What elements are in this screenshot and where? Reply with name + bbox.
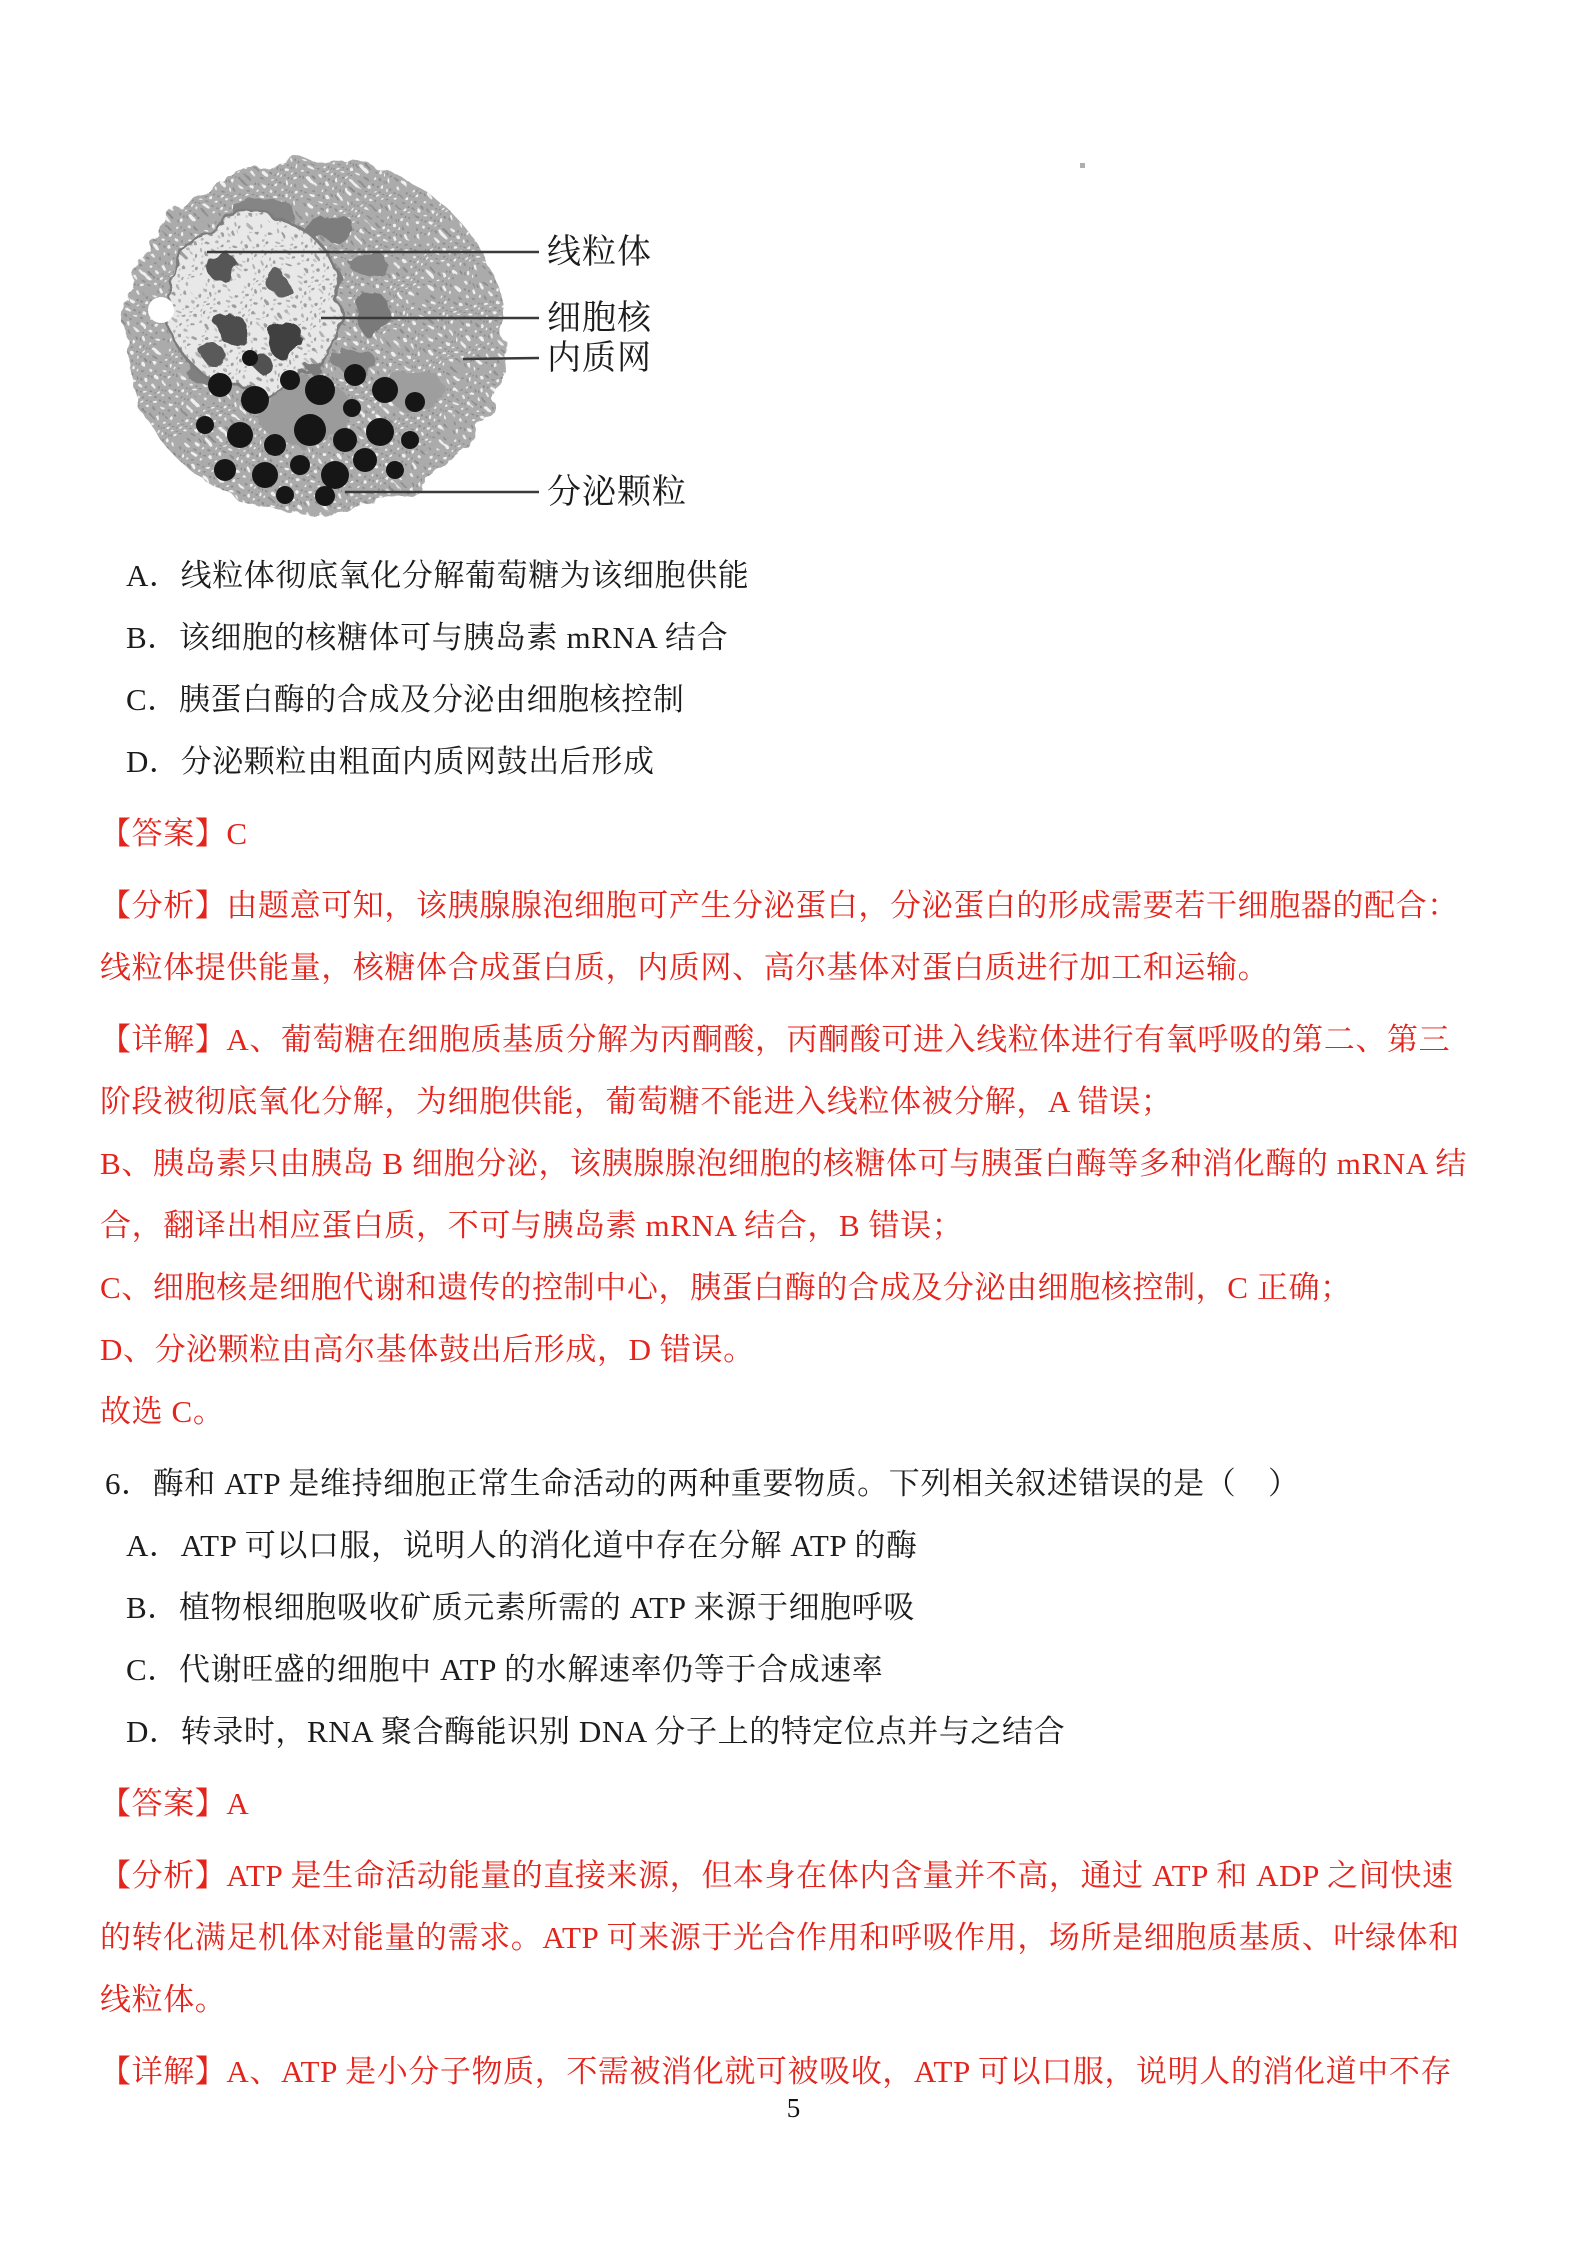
q6-option-a: A．ATP 可以口服，说明人的消化道中存在分解 ATP 的酶 — [100, 1515, 1492, 1577]
q5-option-b: B．该细胞的核糖体可与胰岛素 mRNA 结合 — [100, 607, 1492, 669]
q5-option-a-text: 线粒体彻底氧化分解葡萄糖为该细胞供能 — [181, 558, 750, 593]
q5-detail-line-1: 【详解】A、葡萄糖在细胞质基质分解为丙酮酸，丙酮酸可进入线粒体进行有氧呼吸的第二… — [100, 1009, 1492, 1071]
q5-option-d-label: D． — [126, 744, 181, 779]
q6-option-c-label: C． — [126, 1652, 179, 1687]
q5-detail-line-2: 阶段被彻底氧化分解，为细胞供能，葡萄糖不能进入线粒体被分解，A 错误； — [100, 1071, 1492, 1133]
label-nucleus: 细胞核 — [547, 298, 652, 340]
q6-number: 6． — [105, 1466, 153, 1501]
q5-detail-line-3: B、胰岛素只由胰岛 B 细胞分泌，该胰腺腺泡细胞的核糖体可与胰蛋白酶等多种消化酶… — [100, 1133, 1492, 1195]
q6-answer-tag: 【答案】 — [100, 1786, 226, 1821]
q6-answer-line: 【答案】A — [100, 1773, 1492, 1835]
q6-option-d-text: 转录时，RNA 聚合酶能识别 DNA 分子上的特定位点并与之结合 — [181, 1714, 1066, 1749]
label-mitochondria: 线粒体 — [547, 232, 652, 274]
q5-analysis-line-2: 线粒体提供能量，核糖体合成蛋白质，内质网、高尔基体对蛋白质进行加工和运输。 — [100, 937, 1492, 999]
label-secretory-granule: 分泌颗粒 — [547, 472, 687, 514]
q6-stem-text: 酶和 ATP 是维持细胞正常生命活动的两种重要物质。下列相关叙述错误的是（ ） — [153, 1466, 1300, 1501]
vacuole — [148, 297, 174, 323]
q6-option-b: B．植物根细胞吸收矿质元素所需的 ATP 来源于细胞呼吸 — [100, 1577, 1492, 1639]
q5-detail-line-5: C、细胞核是细胞代谢和遗传的控制中心，胰蛋白酶的合成及分泌由细胞核控制，C 正确… — [100, 1257, 1492, 1319]
q6-stem: 6．酶和 ATP 是维持细胞正常生命活动的两种重要物质。下列相关叙述错误的是（ … — [100, 1453, 1492, 1515]
q5-option-d-text: 分泌颗粒由粗面内质网鼓出后形成 — [181, 744, 655, 779]
nucleus-region — [167, 215, 343, 391]
q5-detail-line-4: 合，翻译出相应蛋白质，不可与胰岛素 mRNA 结合，B 错误； — [100, 1195, 1492, 1257]
q6-answer-value: A — [226, 1786, 249, 1821]
q5-option-a-label: A． — [126, 558, 181, 593]
q6-option-a-text: ATP 可以口服，说明人的消化道中存在分解 ATP 的酶 — [181, 1528, 918, 1563]
q5-option-d: D．分泌颗粒由粗面内质网鼓出后形成 — [100, 731, 1492, 793]
document-page: 线粒体 细胞核 内质网 分泌颗粒 A．线粒体彻底氧化分解葡萄糖为该细胞供能 B．… — [0, 0, 1587, 2245]
q6-option-b-text: 植物根细胞吸收矿质元素所需的 ATP 来源于细胞呼吸 — [179, 1590, 915, 1625]
q5-option-c: C．胰蛋白酶的合成及分泌由细胞核控制 — [100, 669, 1492, 731]
q5-option-c-label: C． — [126, 682, 179, 717]
q6-option-a-label: A． — [126, 1528, 181, 1563]
q5-answer-tag: 【答案】 — [100, 816, 226, 851]
q6-analysis-line-1: 【分析】ATP 是生命活动能量的直接来源，但本身在体内含量并不高，通过 ATP … — [100, 1845, 1492, 1907]
q6-analysis-line-3: 线粒体。 — [100, 1969, 1492, 2031]
q5-option-b-text: 该细胞的核糖体可与胰岛素 mRNA 结合 — [179, 620, 728, 655]
q5-conclusion-line: 故选 C。 — [100, 1381, 1492, 1443]
page-content: 线粒体 细胞核 内质网 分泌颗粒 A．线粒体彻底氧化分解葡萄糖为该细胞供能 B．… — [100, 140, 1492, 2103]
q6-option-c: C．代谢旺盛的细胞中 ATP 的水解速率仍等于合成速率 — [100, 1639, 1492, 1701]
q5-option-a: A．线粒体彻底氧化分解葡萄糖为该细胞供能 — [100, 545, 1492, 607]
q6-option-c-text: 代谢旺盛的细胞中 ATP 的水解速率仍等于合成速率 — [179, 1652, 883, 1687]
page-number: 5 — [0, 2093, 1587, 2124]
q5-answer-line: 【答案】C — [100, 803, 1492, 865]
q5-answer-value: C — [226, 816, 247, 851]
q5-option-c-text: 胰蛋白酶的合成及分泌由细胞核控制 — [179, 682, 685, 717]
q6-analysis-line-2: 的转化满足机体对能量的需求。ATP 可来源于光合作用和呼吸作用，场所是细胞质基质… — [100, 1907, 1492, 1969]
q5-option-b-label: B． — [126, 620, 179, 655]
label-endoplasmic-reticulum: 内质网 — [547, 338, 652, 380]
q5-detail-line-6: D、分泌颗粒由高尔基体鼓出后形成，D 错误。 — [100, 1319, 1492, 1381]
cell-figure: 线粒体 细胞核 内质网 分泌颗粒 — [100, 140, 700, 535]
q5-analysis-line-1: 【分析】由题意可知，该胰腺腺泡细胞可产生分泌蛋白，分泌蛋白的形成需要若干细胞器的… — [100, 875, 1492, 937]
q6-option-d: D．转录时，RNA 聚合酶能识别 DNA 分子上的特定位点并与之结合 — [100, 1701, 1492, 1763]
q6-option-d-label: D． — [126, 1714, 181, 1749]
q6-option-b-label: B． — [126, 1590, 179, 1625]
